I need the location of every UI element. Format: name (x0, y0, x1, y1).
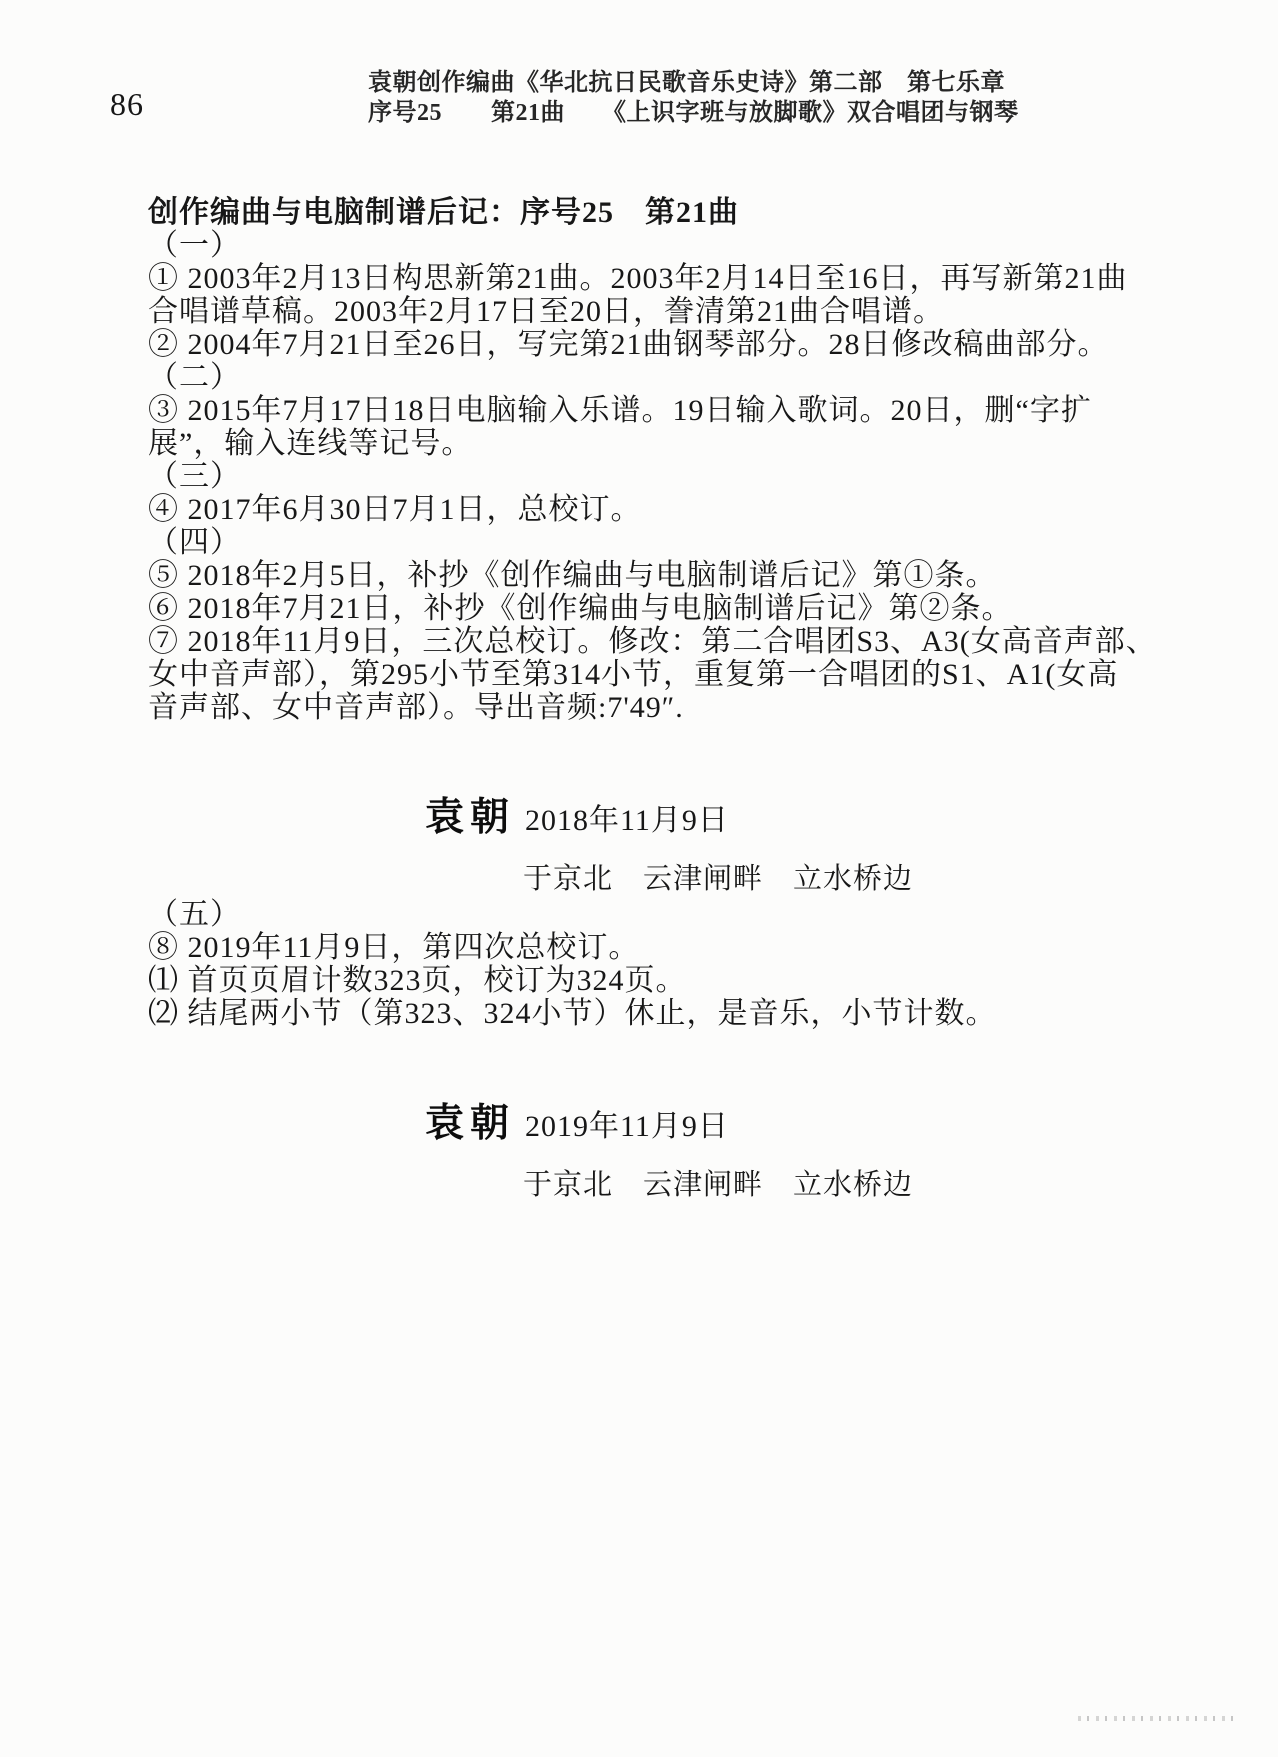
section-heading-4: （四） (148, 526, 1157, 559)
signature-block-2019: 袁朝 2019年11月9日 于京北 云津闸畔 立水桥边 (425, 1092, 913, 1203)
body-line: 女中音声部），第295小节至第314小节，重复第一合唱团的S1、A1(女高 (148, 658, 1157, 691)
running-header-line2: 序号25 第21曲 《上识字班与放脚歌》双合唱团与钢琴 (368, 98, 1019, 128)
signature-date: 2018年11月9日 (525, 795, 729, 839)
running-header: 袁朝创作编曲《华北抗日民歌音乐史诗》第二部 第七乐章 序号25 第21曲 《上识… (368, 68, 1019, 128)
body-line: 展”，输入连线等记号。 (148, 427, 1157, 460)
body-line: 合唱谱草稿。2003年2月17日至20日，誊清第21曲合唱谱。 (148, 295, 1157, 328)
body-line: ① 2003年2月13日构思新第21曲。2003年2月14日至16日，再写新第2… (148, 262, 1157, 295)
signature-location: 于京北 云津闸畔 立水桥边 (523, 856, 913, 897)
body-line: ⑤ 2018年2月5日，补抄《创作编曲与电脑制谱后记》第①条。 (148, 559, 1157, 592)
body-line: ③ 2015年7月17日18日电脑输入乐谱。19日输入歌词。20日，删“字扩 (148, 394, 1157, 427)
postscript-title: 创作编曲与电脑制谱后记：序号25 第21曲 (148, 196, 1157, 229)
body-line: ⑧ 2019年11月9日，第四次总校订。 (148, 931, 997, 964)
body-line: ④ 2017年6月30日7月1日，总校订。 (148, 493, 1157, 526)
signature-row: 袁朝 2019年11月9日 (425, 1092, 913, 1148)
document-page: 86 袁朝创作编曲《华北抗日民歌音乐史诗》第二部 第七乐章 序号25 第21曲 … (0, 0, 1278, 1757)
running-header-line1: 袁朝创作编曲《华北抗日民歌音乐史诗》第二部 第七乐章 (368, 68, 1019, 98)
signature-name: 袁朝 (425, 786, 515, 842)
body-line: ⑥ 2018年7月21日，补抄《创作编曲与电脑制谱后记》第②条。 (148, 592, 1157, 625)
signature-block-2018: 袁朝 2018年11月9日 于京北 云津闸畔 立水桥边 (425, 786, 913, 897)
body-line: 音声部、女中音声部）。导出音频:7'49″. (148, 691, 1157, 724)
body-line: ② 2004年7月21日至26日，写完第21曲钢琴部分。28日修改稿曲部分。 (148, 328, 1157, 361)
section-heading-5: （五） (148, 898, 997, 931)
section-heading-2: （二） (148, 361, 1157, 394)
postscript-section-2: （五） ⑧ 2019年11月9日，第四次总校订。 ⑴ 首页页眉计数323页，校订… (148, 898, 997, 1030)
body-line: ⑦ 2018年11月9日，三次总校订。修改：第二合唱团S3、A3(女高音声部、 (148, 625, 1157, 658)
section-heading-3: （三） (148, 460, 1157, 493)
signature-row: 袁朝 2018年11月9日 (425, 786, 913, 842)
signature-name: 袁朝 (425, 1092, 515, 1148)
body-line: ⑵ 结尾两小节（第323、324小节）休止，是音乐，小节计数。 (148, 997, 997, 1030)
signature-location: 于京北 云津闸畔 立水桥边 (523, 1162, 913, 1203)
page-number: 86 (110, 86, 144, 123)
postscript-section-1: 创作编曲与电脑制谱后记：序号25 第21曲 （一） ① 2003年2月13日构思… (148, 196, 1157, 724)
section-heading-1: （一） (148, 229, 1157, 262)
body-line: ⑴ 首页页眉计数323页，校订为324页。 (148, 964, 997, 997)
scan-watermark-smudge (1078, 1716, 1234, 1721)
signature-date: 2019年11月9日 (525, 1101, 729, 1145)
